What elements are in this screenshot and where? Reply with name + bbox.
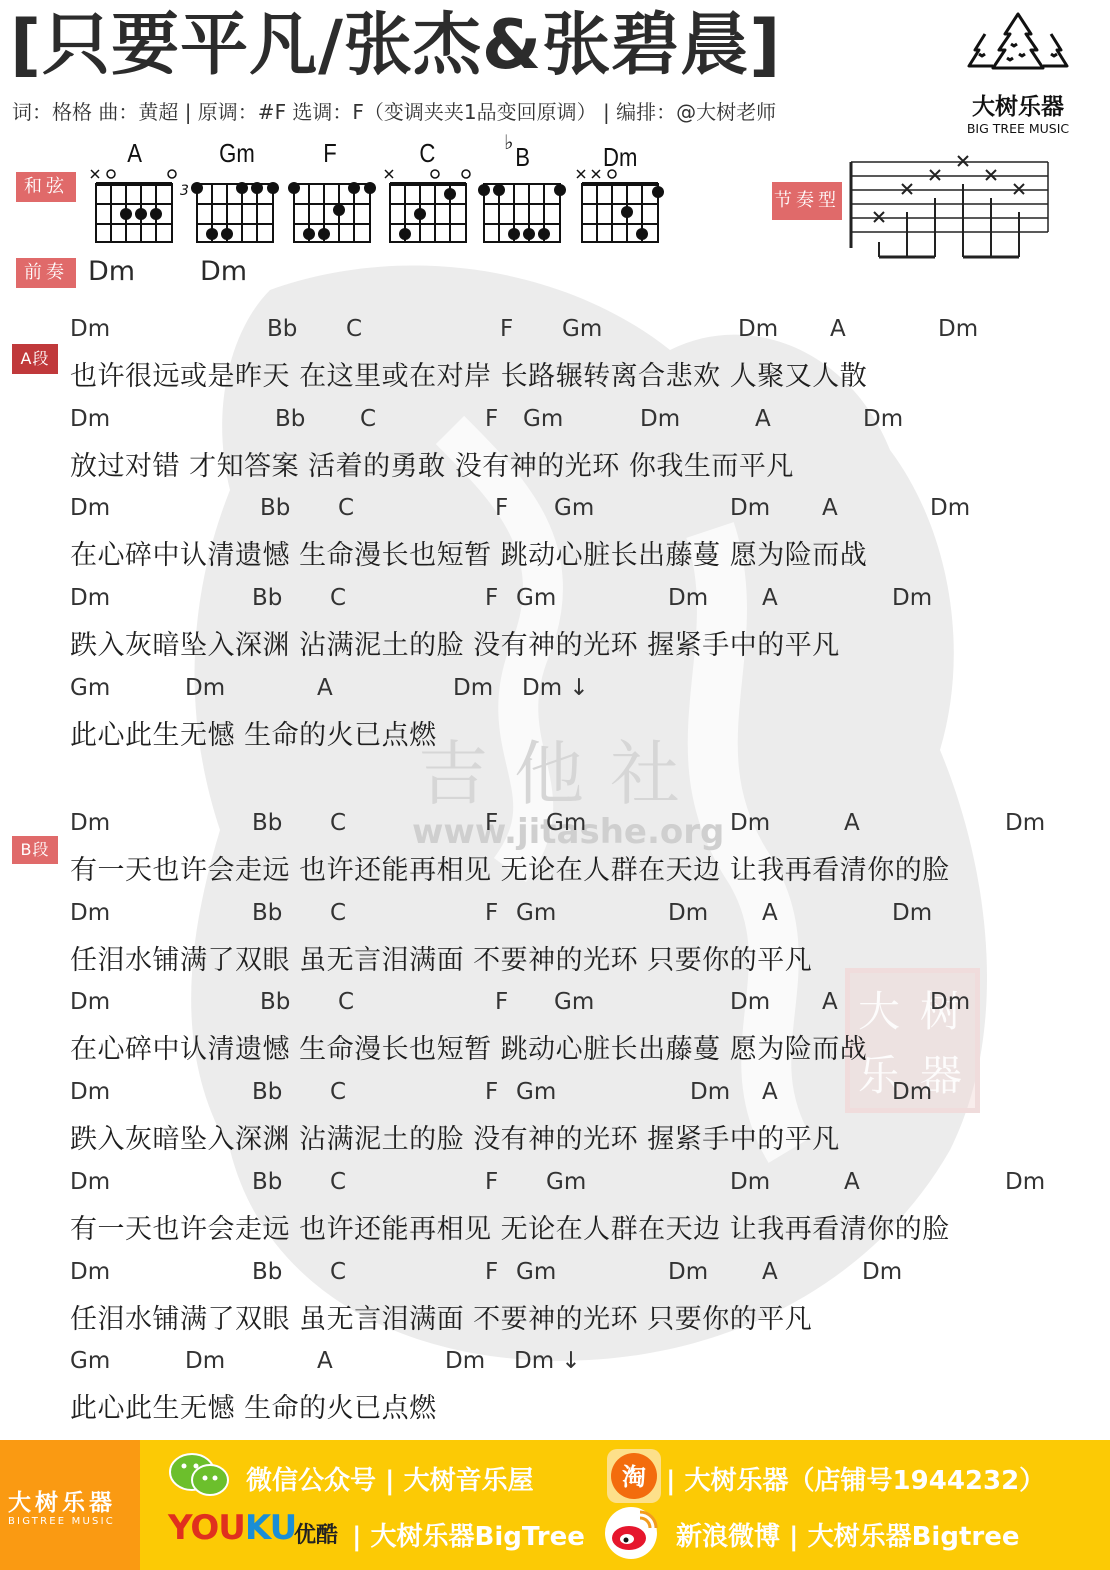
chord-symbol: Dm	[668, 1259, 708, 1285]
chord-symbol: Dm	[930, 495, 970, 521]
chord-grid-icon	[88, 138, 188, 248]
chord-symbol: Dm	[730, 1169, 770, 1195]
lyric-text: 跌入灰暗坠入深渊 沾满泥土的脸 没有神的光环 握紧手中的平凡	[70, 623, 840, 662]
chord-symbol: C	[330, 900, 346, 926]
chord-symbol: A	[830, 316, 846, 342]
chord-symbol: Gm	[516, 1079, 556, 1105]
chord-symbol: Dm	[690, 1079, 730, 1105]
chord-symbol: F	[485, 585, 498, 611]
trees-logo-icon	[963, 10, 1073, 88]
chord-symbol: C	[346, 316, 362, 342]
chord-symbol: C	[338, 495, 354, 521]
youku-logo: YOUKU	[168, 1508, 296, 1548]
chord-symbol: Gm	[554, 495, 594, 521]
lyric-text: 在心碎中认清遗憾 生命漫长也短暂 跳动心脏长出藤蔓 愿为险而战	[70, 533, 867, 572]
chord-symbol: C	[338, 989, 354, 1015]
chord-symbol: Gm	[516, 585, 556, 611]
chord-symbol: A	[762, 1259, 778, 1285]
chord-symbol: A	[762, 900, 778, 926]
chord-symbol: Dm	[70, 495, 110, 521]
svg-text:淘: 淘	[622, 1463, 646, 1491]
chord-symbol: F	[485, 406, 498, 432]
chord-symbol: Dm	[730, 989, 770, 1015]
chord-symbol: F	[495, 989, 508, 1015]
chord-symbol: Gm	[546, 1169, 586, 1195]
chord-symbol: Gm	[70, 1348, 110, 1374]
chord-symbol: C	[330, 810, 346, 836]
section-a-label: A段	[12, 344, 58, 374]
chord-symbol: Bb	[252, 1169, 282, 1195]
chord-grid-icon	[574, 138, 674, 248]
brand-name-cn: 大树乐器	[958, 88, 1078, 121]
lyric-text: 放过对错 才知答案 活着的勇敢 没有神的光环 你我生而平凡	[70, 444, 794, 483]
chord-symbol: Gm	[516, 1259, 556, 1285]
brand-logo: 大树乐器 BIG TREE MUSIC	[958, 10, 1078, 138]
chord-symbol: A	[317, 1348, 333, 1374]
chord-symbol: F	[485, 1259, 498, 1285]
chord-symbol: Dm	[892, 1079, 932, 1105]
chord-diagram-gm: Gm 3	[180, 138, 280, 248]
taobao-icon: 淘	[606, 1448, 662, 1504]
chord-symbol: Bb	[260, 989, 290, 1015]
chord-diagram-dm: Dm	[574, 138, 674, 248]
chord-symbol: A	[762, 585, 778, 611]
intro-label: 前奏	[16, 258, 76, 288]
song-meta: 词：格格 曲：黄超 | 原调：#F 选调：F（变调夹夹1品变回原调） | 编排：…	[12, 96, 776, 125]
chord-symbol: Dm	[668, 585, 708, 611]
chord-grid-icon	[476, 138, 576, 248]
chord-symbol: Bb	[252, 585, 282, 611]
lyric-text: 有一天也许会走远 也许还能再相见 无论在人群在天边 让我再看清你的脸	[70, 1207, 950, 1246]
svg-text:3: 3	[180, 183, 189, 199]
brand-name-en: BIG TREE MUSIC	[958, 121, 1078, 136]
chord-symbol: A	[317, 675, 333, 701]
chord-grid-icon	[284, 138, 384, 248]
chord-symbol: C	[330, 1169, 346, 1195]
chord-symbol: Gm	[523, 406, 563, 432]
chord-symbol: Dm	[70, 900, 110, 926]
footer-banner: 大树乐器 BIGTREE MUSIC 微信公众号 | 大树音乐屋 淘 | 大树乐…	[0, 1440, 1110, 1570]
chord-symbol: Bb	[252, 1079, 282, 1105]
chord-symbol: Dm	[730, 495, 770, 521]
chord-diagram-f: F	[284, 138, 384, 248]
chord-symbol: Dm	[70, 1169, 110, 1195]
chord-symbol: F	[485, 810, 498, 836]
lyric-text: 任泪水铺满了双眼 虽无言泪满面 不要神的光环 只要你的平凡	[70, 1297, 812, 1336]
intro-chord: Dm	[88, 256, 135, 287]
section-b-label: B段	[12, 836, 58, 864]
chord-symbol: C	[330, 585, 346, 611]
chord-diagram-a: A	[88, 138, 188, 248]
lyric-text: 此心此生无憾 生命的火已点燃	[70, 1386, 437, 1425]
chord-symbol: Dm	[892, 585, 932, 611]
chord-symbol: Dm	[1005, 810, 1045, 836]
rhythm-label: 节奏型	[772, 182, 842, 220]
chord-symbol: A	[822, 989, 838, 1015]
chord-symbol: Bb	[267, 316, 297, 342]
chord-symbol: Bb	[252, 900, 282, 926]
chord-symbol: Dm	[938, 316, 978, 342]
chord-symbol: Dm	[863, 406, 903, 432]
rhythm-pattern-diagram	[848, 152, 1052, 264]
chord-symbol: Dm	[185, 1348, 225, 1374]
chord-grid-icon	[382, 138, 482, 248]
weibo-text: 新浪微博 | 大树乐器Bigtree	[676, 1516, 1019, 1553]
chord-symbol: Dm	[862, 1259, 902, 1285]
chord-symbol: Dm	[738, 316, 778, 342]
chord-symbol: Dm	[70, 810, 110, 836]
chord-symbol: F	[485, 900, 498, 926]
chord-symbol: C	[330, 1079, 346, 1105]
chord-symbol: Dm	[730, 810, 770, 836]
chord-symbol: Dm	[445, 1348, 485, 1374]
chord-symbol: Dm	[70, 585, 110, 611]
lyric-text: 有一天也许会走远 也许还能再相见 无论在人群在天边 让我再看清你的脸	[70, 848, 950, 887]
chord-symbol: Dm	[892, 900, 932, 926]
chord-symbol: A	[844, 1169, 860, 1195]
youku-text: | 大树乐器BigTree	[352, 1516, 585, 1553]
footer-brand-en: BIGTREE MUSIC	[8, 1516, 115, 1527]
chord-symbol: Dm	[1005, 1169, 1045, 1195]
chord-symbol: Dm	[640, 406, 680, 432]
chord-symbol: Dm	[70, 406, 110, 432]
chord-symbol: F	[495, 495, 508, 521]
chord-symbol: C	[360, 406, 376, 432]
chord-symbol: Gm	[546, 810, 586, 836]
song-title: [只要平凡/张杰&张碧晨]	[10, 4, 781, 88]
wechat-text: 微信公众号 | 大树音乐屋	[246, 1460, 534, 1497]
youku-cn: 优酷	[294, 1518, 338, 1549]
chord-symbol: Dm	[453, 675, 493, 701]
chord-symbol: Bb	[275, 406, 305, 432]
intro-chord: Dm	[200, 256, 247, 287]
wechat-icon	[168, 1450, 232, 1502]
chord-symbol: Dm	[930, 989, 970, 1015]
chord-symbol: A	[762, 1079, 778, 1105]
footer-brand: 大树乐器 BIGTREE MUSIC	[0, 1440, 140, 1570]
chord-symbol: Dm	[185, 675, 225, 701]
lyric-text: 此心此生无憾 生命的火已点燃	[70, 713, 437, 752]
chord-diagram-c: C	[382, 138, 482, 248]
chord-symbol: Bb	[252, 810, 282, 836]
chord-symbol: C	[330, 1259, 346, 1285]
chord-symbol: Dm	[70, 1079, 110, 1105]
taobao-text: | 大树乐器（店铺号1944232）	[666, 1460, 1045, 1497]
chord-diagram-bb: ♭ B	[476, 138, 576, 248]
chords-label: 和弦	[16, 172, 76, 202]
chord-symbol: Gm	[516, 900, 556, 926]
chord-symbol: F	[500, 316, 513, 342]
chord-symbol: Bb	[260, 495, 290, 521]
chord-symbol: Gm	[554, 989, 594, 1015]
chord-symbol: Dm	[70, 1259, 110, 1285]
chord-symbol: Bb	[252, 1259, 282, 1285]
chord-symbol: Dm	[70, 989, 110, 1015]
chord-symbol: Dm	[668, 900, 708, 926]
chord-symbol: Dm ↓	[514, 1348, 581, 1374]
lyric-text: 也许很远或是昨天 在这里或在对岸 长路辗转离合悲欢 人聚又人散	[70, 354, 867, 393]
weibo-icon	[604, 1506, 662, 1560]
chord-grid-icon: 3	[180, 138, 280, 248]
chord-symbol: Dm	[70, 316, 110, 342]
chord-symbol: A	[755, 406, 771, 432]
chord-symbol: F	[485, 1169, 498, 1195]
chord-symbol: Dm ↓	[522, 675, 589, 701]
chord-symbol: A	[844, 810, 860, 836]
chord-symbol: A	[822, 495, 838, 521]
lyric-text: 跌入灰暗坠入深渊 沾满泥土的脸 没有神的光环 握紧手中的平凡	[70, 1117, 840, 1156]
footer-brand-cn: 大树乐器	[8, 1484, 116, 1517]
chord-symbol: F	[485, 1079, 498, 1105]
chord-symbol: Gm	[562, 316, 602, 342]
lyric-text: 在心碎中认清遗憾 生命漫长也短暂 跳动心脏长出藤蔓 愿为险而战	[70, 1027, 867, 1066]
lyric-text: 任泪水铺满了双眼 虽无言泪满面 不要神的光环 只要你的平凡	[70, 938, 812, 977]
watermark-site-cn: 吉他社	[418, 718, 706, 819]
chord-symbol: Gm	[70, 675, 110, 701]
